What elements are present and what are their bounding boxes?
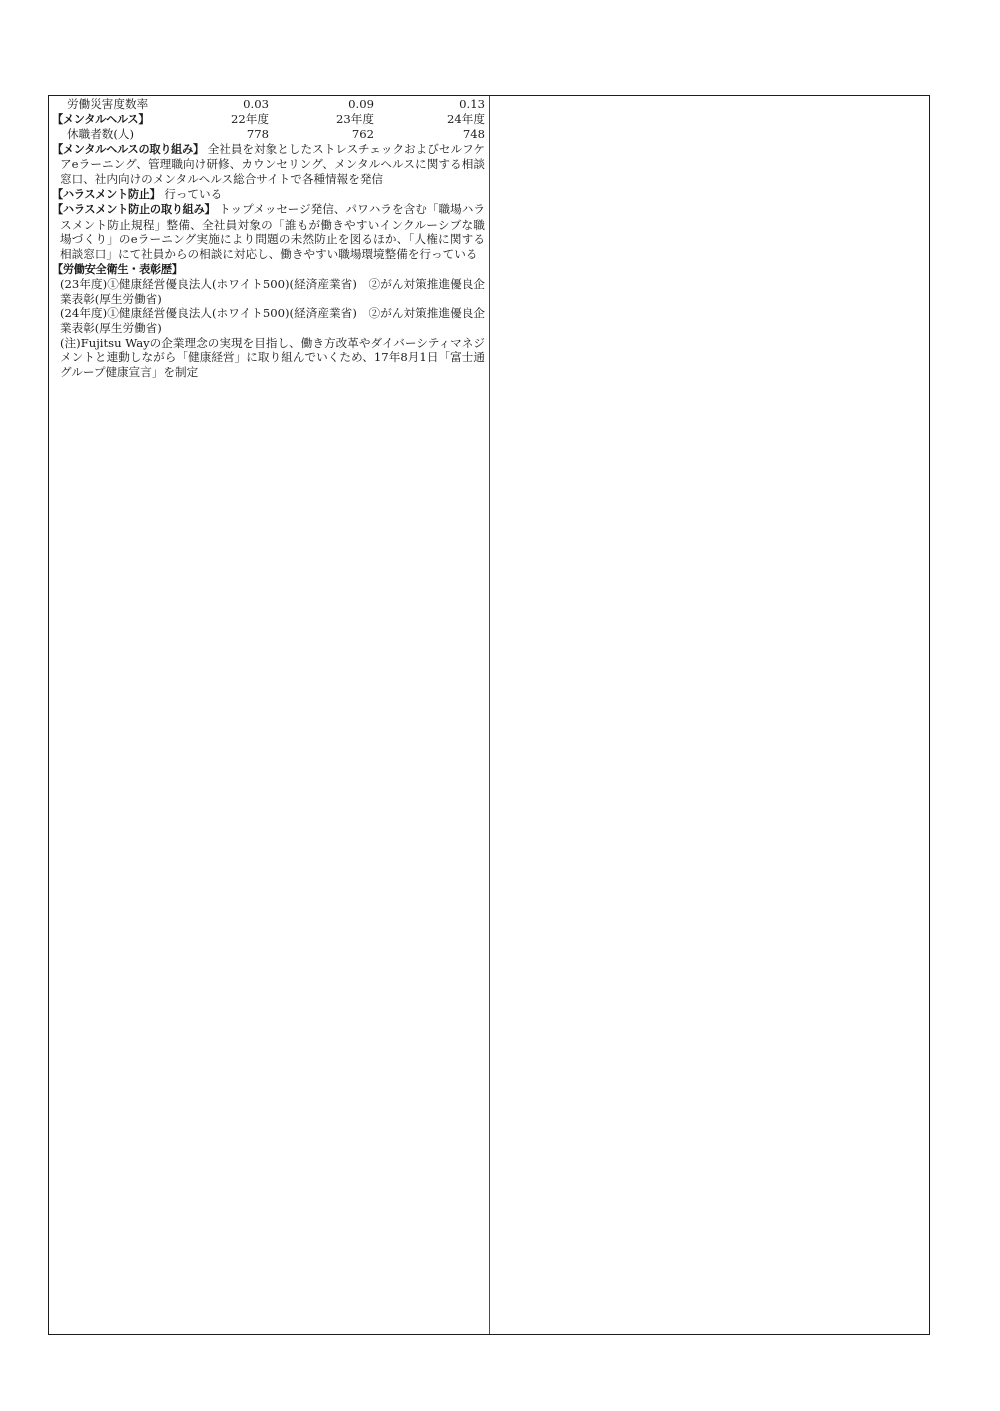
section-heading: 【メンタルヘルス】 [52, 113, 163, 128]
stat-value: 0.03 [163, 97, 269, 112]
section-paragraph: 【ハラスメント防止】 行っている [52, 187, 485, 203]
stat-row: 労働災害度数率 0.03 0.09 0.13 [52, 97, 485, 112]
section-heading: 【ハラスメント防止の取り組み】 [52, 203, 215, 216]
section-heading: 【ハラスメント防止】 [52, 188, 161, 201]
data-table-frame: 労働災害度数率 0.03 0.09 0.13 【メンタルヘルス】 22年度 23… [48, 95, 930, 1335]
stat-value: 778 [163, 127, 269, 142]
section-heading: 【労働安全衛生・表彰歴】 [52, 263, 183, 276]
stat-row: 休職者数(人) 778 762 748 [52, 127, 485, 142]
stat-value: 748 [374, 127, 485, 142]
section-paragraph: 【メンタルヘルスの取り組み】 全社員を対象としたストレスチェックおよびセルフケア… [52, 142, 485, 187]
stat-value: 0.13 [374, 97, 485, 112]
left-column-content: 労働災害度数率 0.03 0.09 0.13 【メンタルヘルス】 22年度 23… [52, 97, 485, 379]
stat-row: 【メンタルヘルス】 22年度 23年度 24年度 [52, 112, 485, 128]
stat-value: 0.09 [269, 97, 374, 112]
section-heading: 【メンタルヘルスの取り組み】 [52, 143, 204, 156]
stat-value: 23年度 [269, 112, 374, 127]
stat-label: 休職者数(人) [52, 127, 163, 142]
stat-value: 22年度 [163, 112, 269, 127]
section-paragraph: 【労働安全衛生・表彰歴】 [52, 262, 485, 278]
stat-value: 24年度 [374, 112, 485, 127]
section-body: 行っている [161, 187, 223, 201]
note-line: (注)Fujitsu Wayの企業理念の実現を目指し、働き方改革やダイバーシティ… [52, 336, 485, 380]
award-line: (23年度)①健康経営優良法人(ホワイト500)(経済産業省) ②がん対策推進優… [52, 277, 485, 306]
right-column-empty [490, 96, 929, 1334]
document-page: 労働災害度数率 0.03 0.09 0.13 【メンタルヘルス】 22年度 23… [0, 0, 1000, 1411]
section-paragraph: 【ハラスメント防止の取り組み】 トップメッセージ発信、パワハラを含む「職場ハラス… [52, 202, 485, 261]
stat-value: 762 [269, 127, 374, 142]
stat-label: 労働災害度数率 [52, 97, 163, 112]
award-line: (24年度)①健康経営優良法人(ホワイト500)(経済産業省) ②がん対策推進優… [52, 306, 485, 335]
